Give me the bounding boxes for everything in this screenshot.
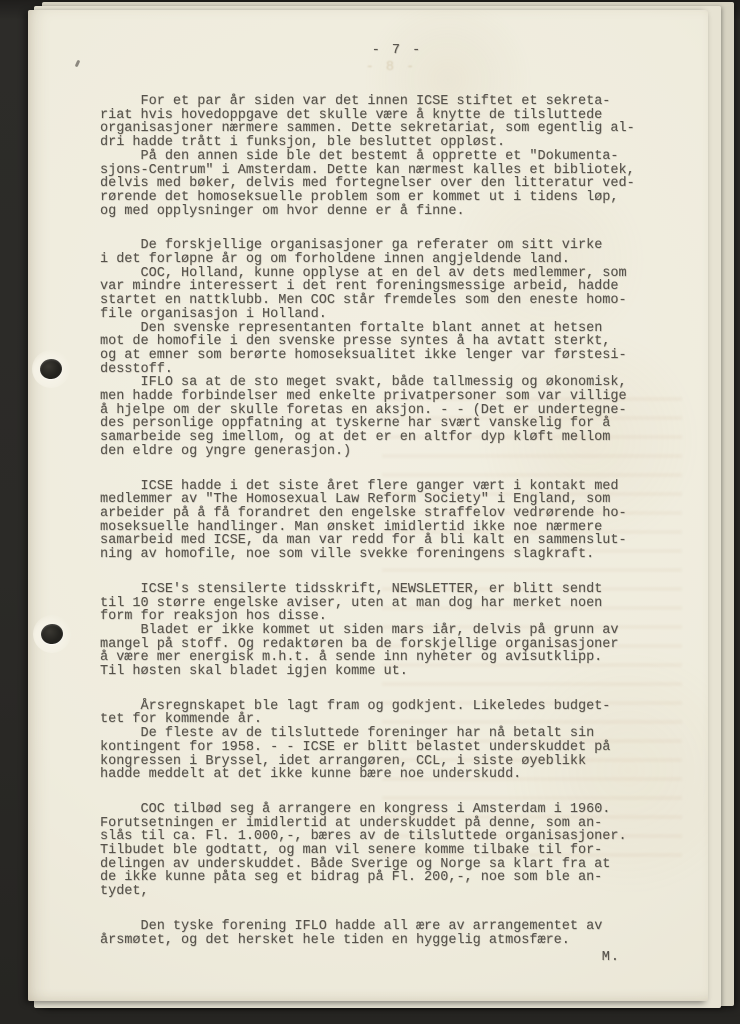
signature: M. — [100, 950, 620, 965]
punch-hole-top-opening — [39, 358, 64, 381]
paragraph: På den annen side ble det bestemt å oppr… — [100, 150, 670, 219]
paragraph: Den tyske forening IFLO hadde all ære av… — [100, 920, 670, 947]
paragraph: De fleste av de tilsluttede foreninger h… — [100, 727, 670, 782]
ghost-page-number: - 8 - — [100, 60, 674, 75]
paragraph: ICSE's stensilerte tidsskrift, NEWSLETTE… — [100, 583, 670, 624]
paragraph: For et par år siden var det innen ICSE s… — [100, 95, 670, 150]
paragraph: IFLO sa at de sto meget svakt, både tall… — [100, 376, 670, 458]
photo-background: - 8 - - 7 - For et par år siden var det … — [0, 0, 740, 1024]
paragraph: De forskjellige organisasjoner ga refera… — [100, 239, 670, 266]
paragraph: Årsregnskapet ble lagt fram og godkjent.… — [100, 700, 670, 727]
ink-speck — [75, 60, 81, 68]
paragraph: COC tilbød seg å arrangere en kongress i… — [100, 803, 670, 899]
page-number: - 7 - — [100, 43, 680, 58]
punch-hole-bottom — [33, 615, 71, 653]
paragraph: Bladet er ikke kommet ut siden mars iår,… — [100, 624, 670, 679]
paragraph: COC, Holland, kunne opplyse at en del av… — [100, 267, 670, 322]
punch-hole-bottom-opening — [40, 623, 65, 646]
document-page: - 8 - - 7 - For et par år siden var det … — [28, 10, 708, 1001]
paragraph: ICSE hadde i det siste året flere ganger… — [100, 480, 670, 562]
paragraph: Den svenske representanten fortalte blan… — [100, 322, 670, 377]
document-body: For et par år siden var det innen ICSE s… — [100, 95, 670, 947]
punch-hole-top — [32, 350, 70, 388]
